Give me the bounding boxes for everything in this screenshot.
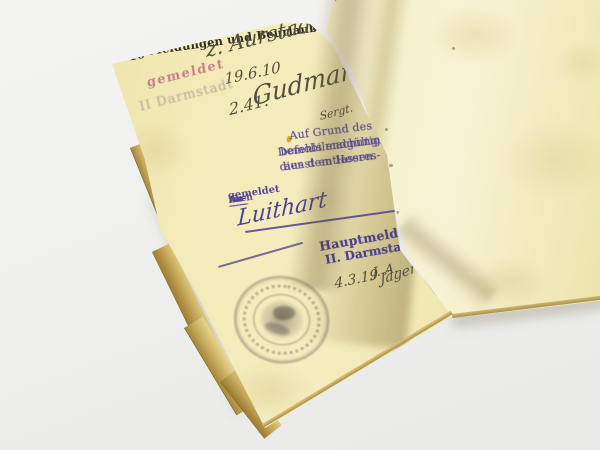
paper-stain [555, 40, 600, 85]
page-number: 10 [127, 47, 146, 64]
paper-stain [430, 5, 520, 65]
paper-stain [500, 120, 600, 200]
paper-speck [389, 164, 393, 167]
paper-speck [395, 211, 399, 214]
photo-of-open-booklet: Meldungen 10 Meldungen und Beurlaubungen… [0, 0, 600, 450]
paper-speck [385, 128, 388, 131]
paper-speck [452, 47, 455, 50]
handwritten-destination: z. Aurstadts [205, 7, 330, 62]
